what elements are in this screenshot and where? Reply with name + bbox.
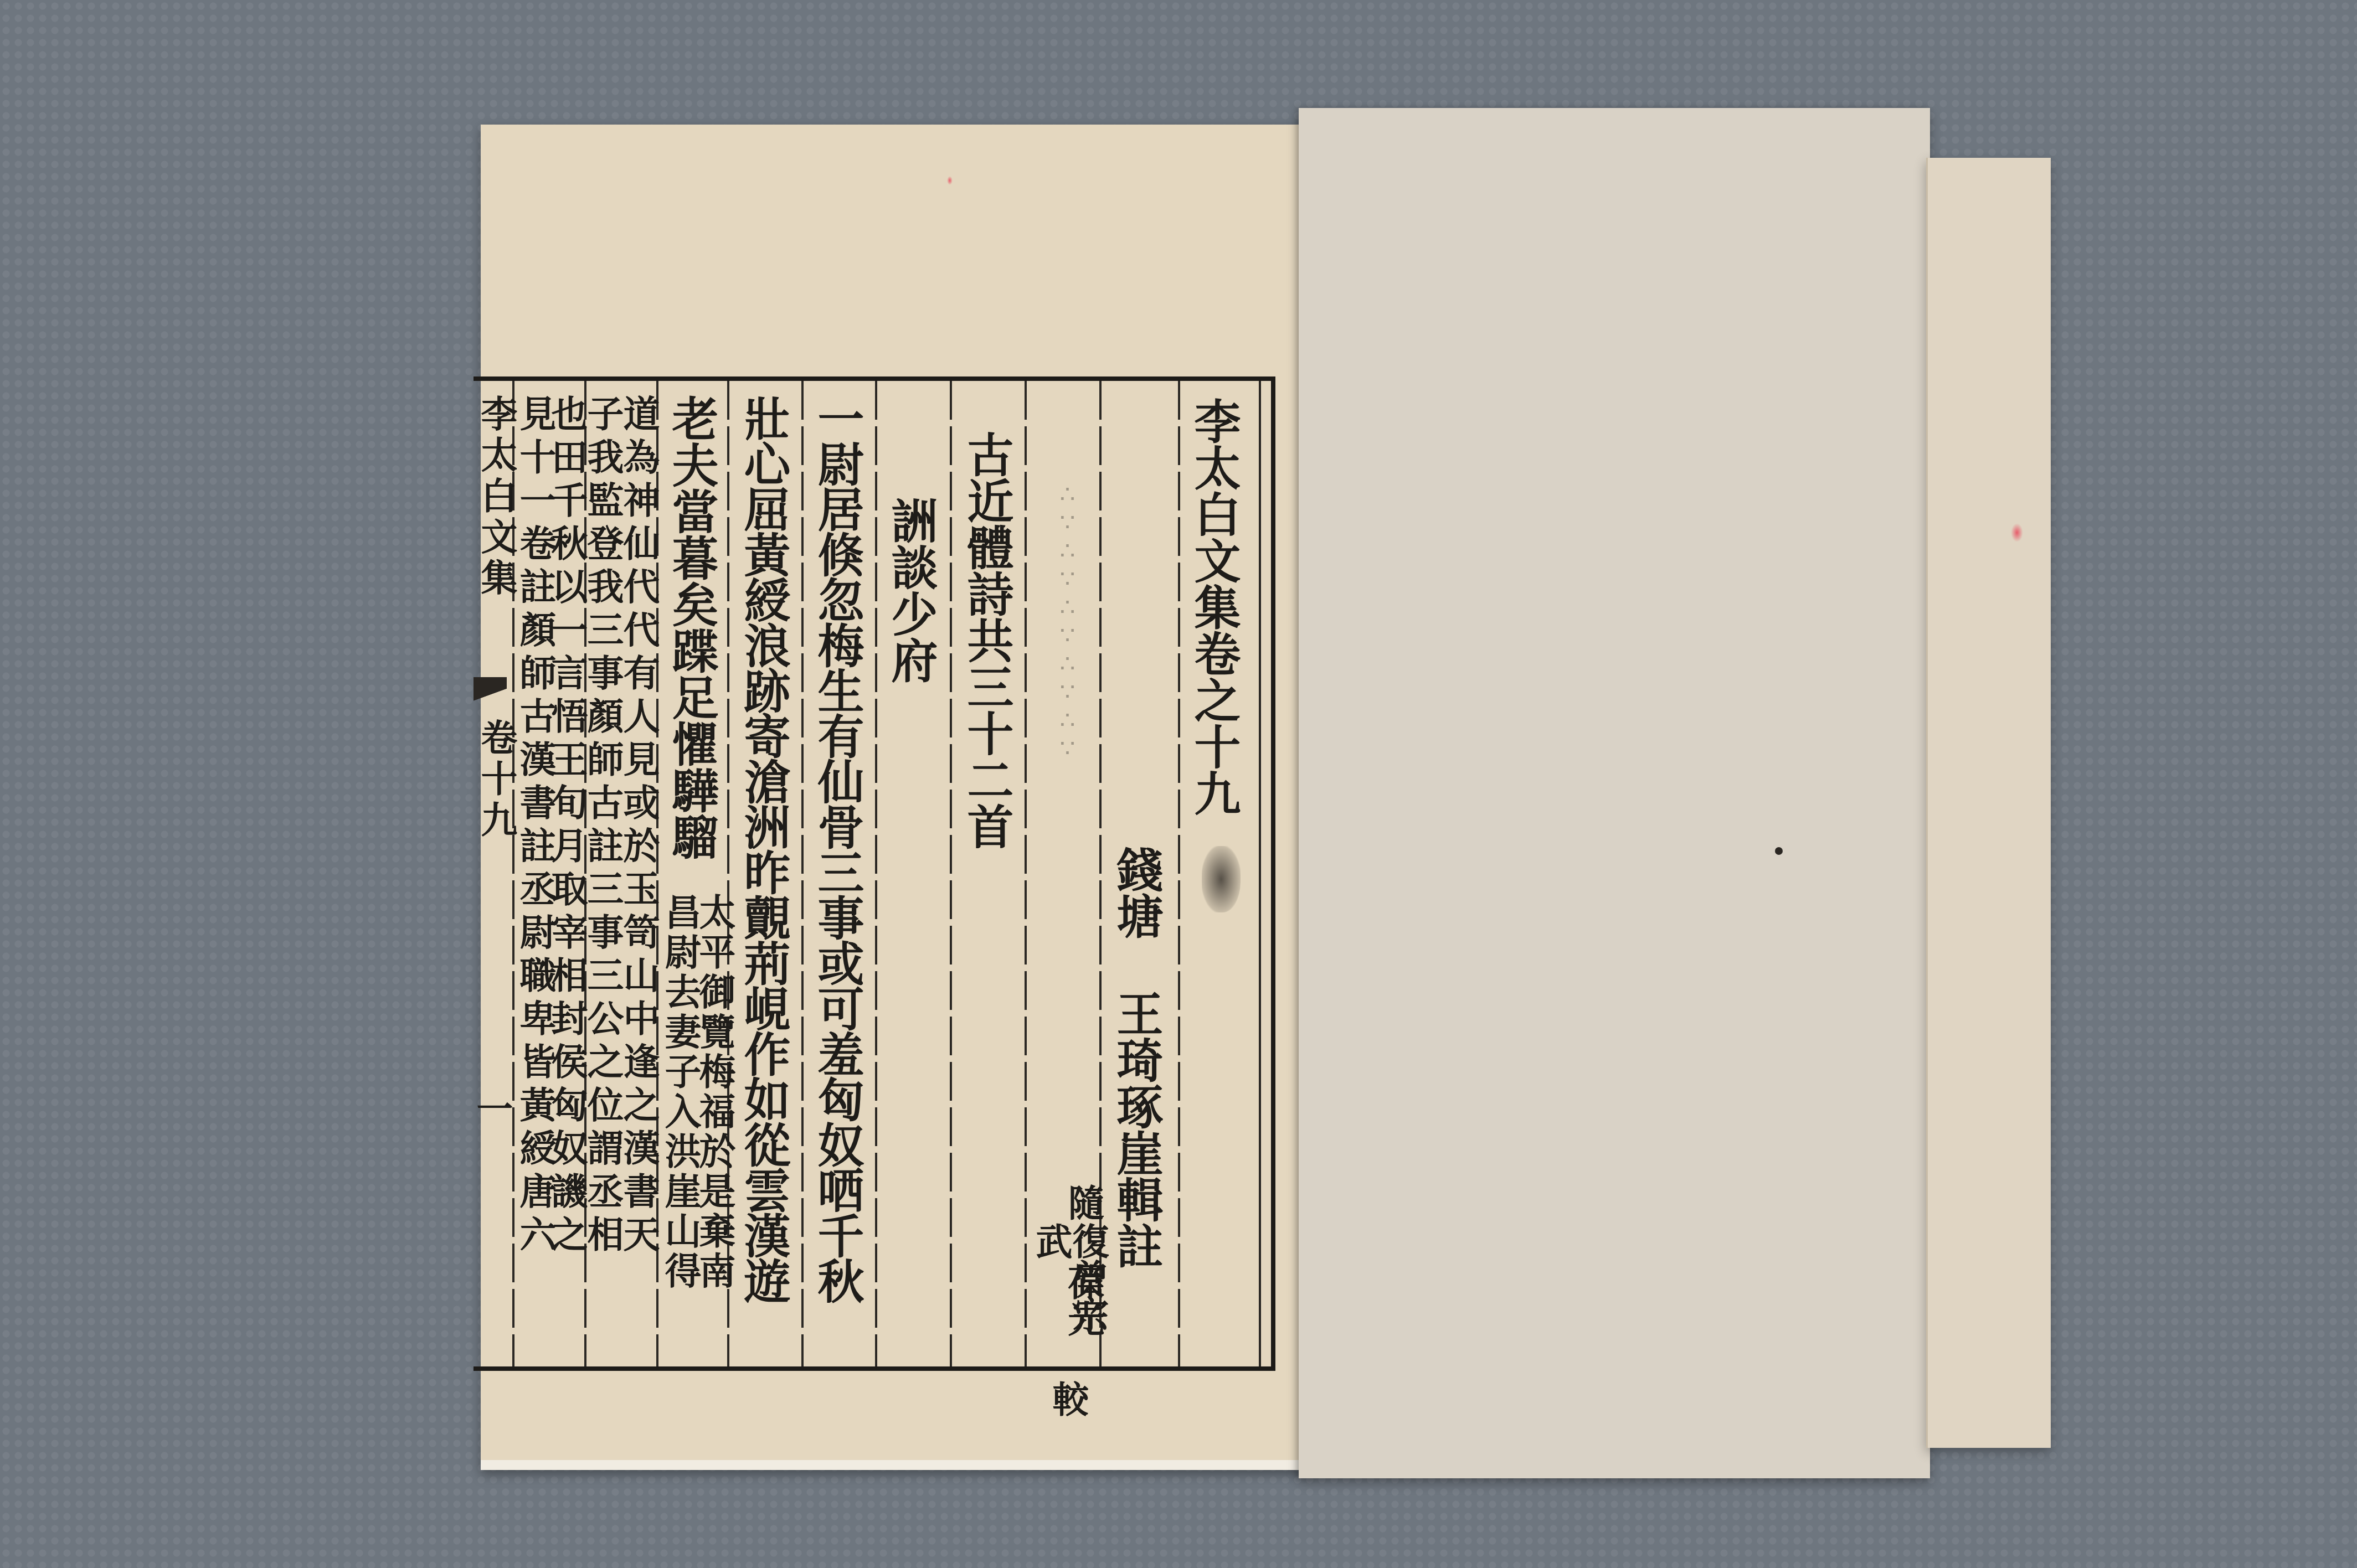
red-seal-mark	[947, 176, 953, 185]
column-rule	[1178, 381, 1180, 1366]
poem-line: 老夫當暮矣蹀足懼驊騮	[668, 395, 715, 860]
collator-suffix: 較	[1049, 1380, 1086, 1417]
column-rule	[801, 381, 804, 1366]
editor-name: 王琦琢崖輯註	[1113, 990, 1160, 1269]
printed-page: 李太白文集卷之十九 錢塘 王琦琢崖輯註 ∴∵∴∵∴∵∴∵∴∵ 隨 葆光 復曾宗武…	[481, 125, 1306, 1470]
editor-place: 錢塘	[1113, 846, 1160, 939]
commentary-line: 道為神仙代代有人見或於玉笥山中逢之漢書天	[620, 395, 657, 1258]
ink-blot	[1202, 846, 1241, 912]
red-seal-mark	[2011, 523, 2023, 542]
column-rule	[950, 381, 952, 1366]
fishtail-mark	[474, 677, 507, 708]
folded-blank-leaf	[1299, 108, 1930, 1478]
commentary-line: 子我監登我三事顏師古註三事三公之位謂丞相	[584, 395, 621, 1258]
block-heart-page-number: 一	[474, 1090, 510, 1126]
printed-frame: 李太白文集卷之十九 錢塘 王琦琢崖輯註 ∴∵∴∵∴∵∴∵∴∵ 隨 葆光 復曾宗武…	[474, 376, 1275, 1371]
faint-impression: ∴∵∴∵∴∵∴∵∴∵	[1055, 481, 1079, 901]
fold-strip	[1926, 158, 2051, 1448]
block-heart-title: 李太白文集	[478, 395, 514, 600]
section-heading: 古近體詩共三十二首	[964, 431, 1010, 849]
frame-inner-rule	[1259, 381, 1261, 1366]
volume-title: 李太白文集卷之十九	[1191, 398, 1237, 816]
commentary-line: 見十一卷註顏師古漢書註丞尉職卑皆黃綬唐六	[517, 395, 553, 1258]
poem-title: 詶談少府	[888, 497, 934, 683]
ink-speck	[1775, 847, 1783, 855]
commentary-line: 昌尉去妻子入洪崖山得	[662, 893, 698, 1292]
column-rule	[875, 381, 877, 1366]
poem-line: 一尉居倏忽梅生有仙骨三事或可羞匈奴哂千秋	[814, 395, 861, 1303]
collator-left: 復曾宗武	[1033, 1223, 1106, 1366]
poem-line: 壯心屈黃綬浪跡寄滄洲昨覿荊峴作如從雲漢遊	[740, 395, 787, 1303]
block-heart-juan: 卷十九	[478, 719, 514, 842]
column-rule	[1025, 381, 1027, 1366]
